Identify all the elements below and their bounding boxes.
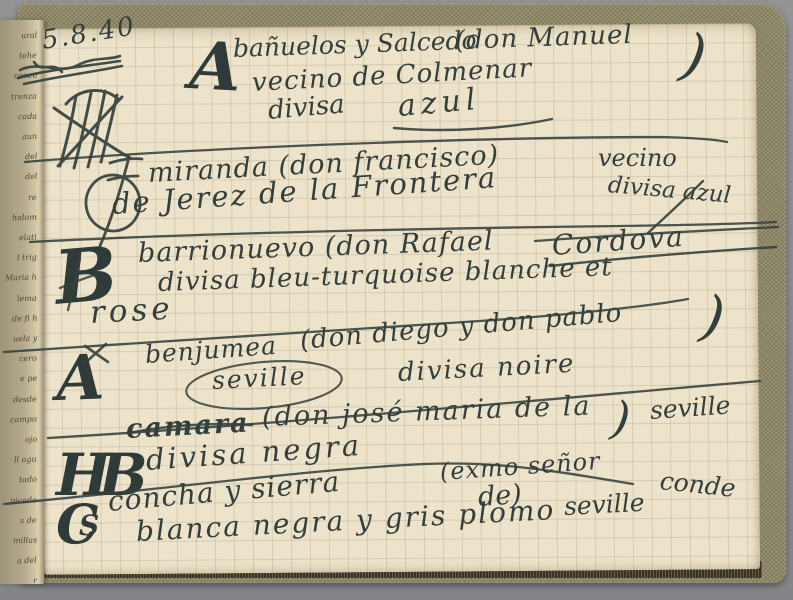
entry3-line3: rose	[89, 294, 174, 329]
margin-text-fragment: lema	[17, 288, 37, 309]
entry6-owner-b: conde	[659, 468, 737, 501]
margin-text-fragment: cada	[18, 106, 38, 127]
margin-text-fragment: desde	[13, 389, 38, 410]
entry1-divisa-color: azul	[397, 85, 482, 122]
margin-text-fragment: uela y	[12, 329, 37, 350]
entry4-brand-letter: A	[55, 346, 105, 410]
margin-text-fragment: ural	[20, 26, 37, 47]
entry4-place-circled: seville	[211, 363, 307, 393]
margin-text-fragment: halom	[12, 207, 38, 228]
entry6-brand-letter-s: S	[79, 512, 99, 540]
margin-text-fragment: ll agu	[14, 450, 37, 471]
margin-text-fragment: re	[28, 187, 37, 207]
margin-text-fragment: trenza	[11, 86, 38, 107]
margin-text-fragment: campo	[10, 409, 37, 430]
margin-text-fragment: Maria h	[5, 268, 37, 289]
margin-text-fragment: elati	[19, 228, 38, 249]
margin-text-fragment: s de	[20, 511, 37, 532]
margin-text-fragment: r	[33, 571, 38, 584]
margin-text-fragment: millas	[13, 531, 38, 552]
notebook-photo: uralteheconzatrenzacadaaundeldelrehalome…	[0, 0, 793, 600]
entry5-place: seville	[649, 392, 731, 423]
entry1-owner: (don Manuel	[455, 22, 634, 54]
margin-text-fragment: e pe	[20, 369, 38, 390]
entry1-divisa-label: divisa	[267, 91, 346, 124]
margin-text-fragment: del	[24, 167, 37, 188]
margin-text-fragment: ojo	[25, 430, 38, 451]
margin-text-fragment: l trig	[17, 248, 38, 269]
entry6-place: seville	[563, 490, 645, 519]
margin-text-fragment: a del	[17, 551, 37, 572]
margin-text-fragment: de fi h	[11, 308, 37, 329]
margin-text-fragment: picado	[10, 490, 38, 511]
margin-text-fragment: tehe	[19, 46, 38, 67]
previous-page-edge: uralteheconzatrenzacadaaundeldelrehalome…	[0, 20, 44, 584]
margin-text-fragment: cero	[19, 349, 38, 370]
margin-text-fragment: del	[24, 147, 37, 168]
margin-text-fragment: aun	[22, 127, 38, 148]
entry2-vecino: vecino	[598, 146, 677, 170]
margin-text-fragment: tado	[19, 470, 38, 491]
margin-text-fragment: conza	[13, 66, 37, 87]
